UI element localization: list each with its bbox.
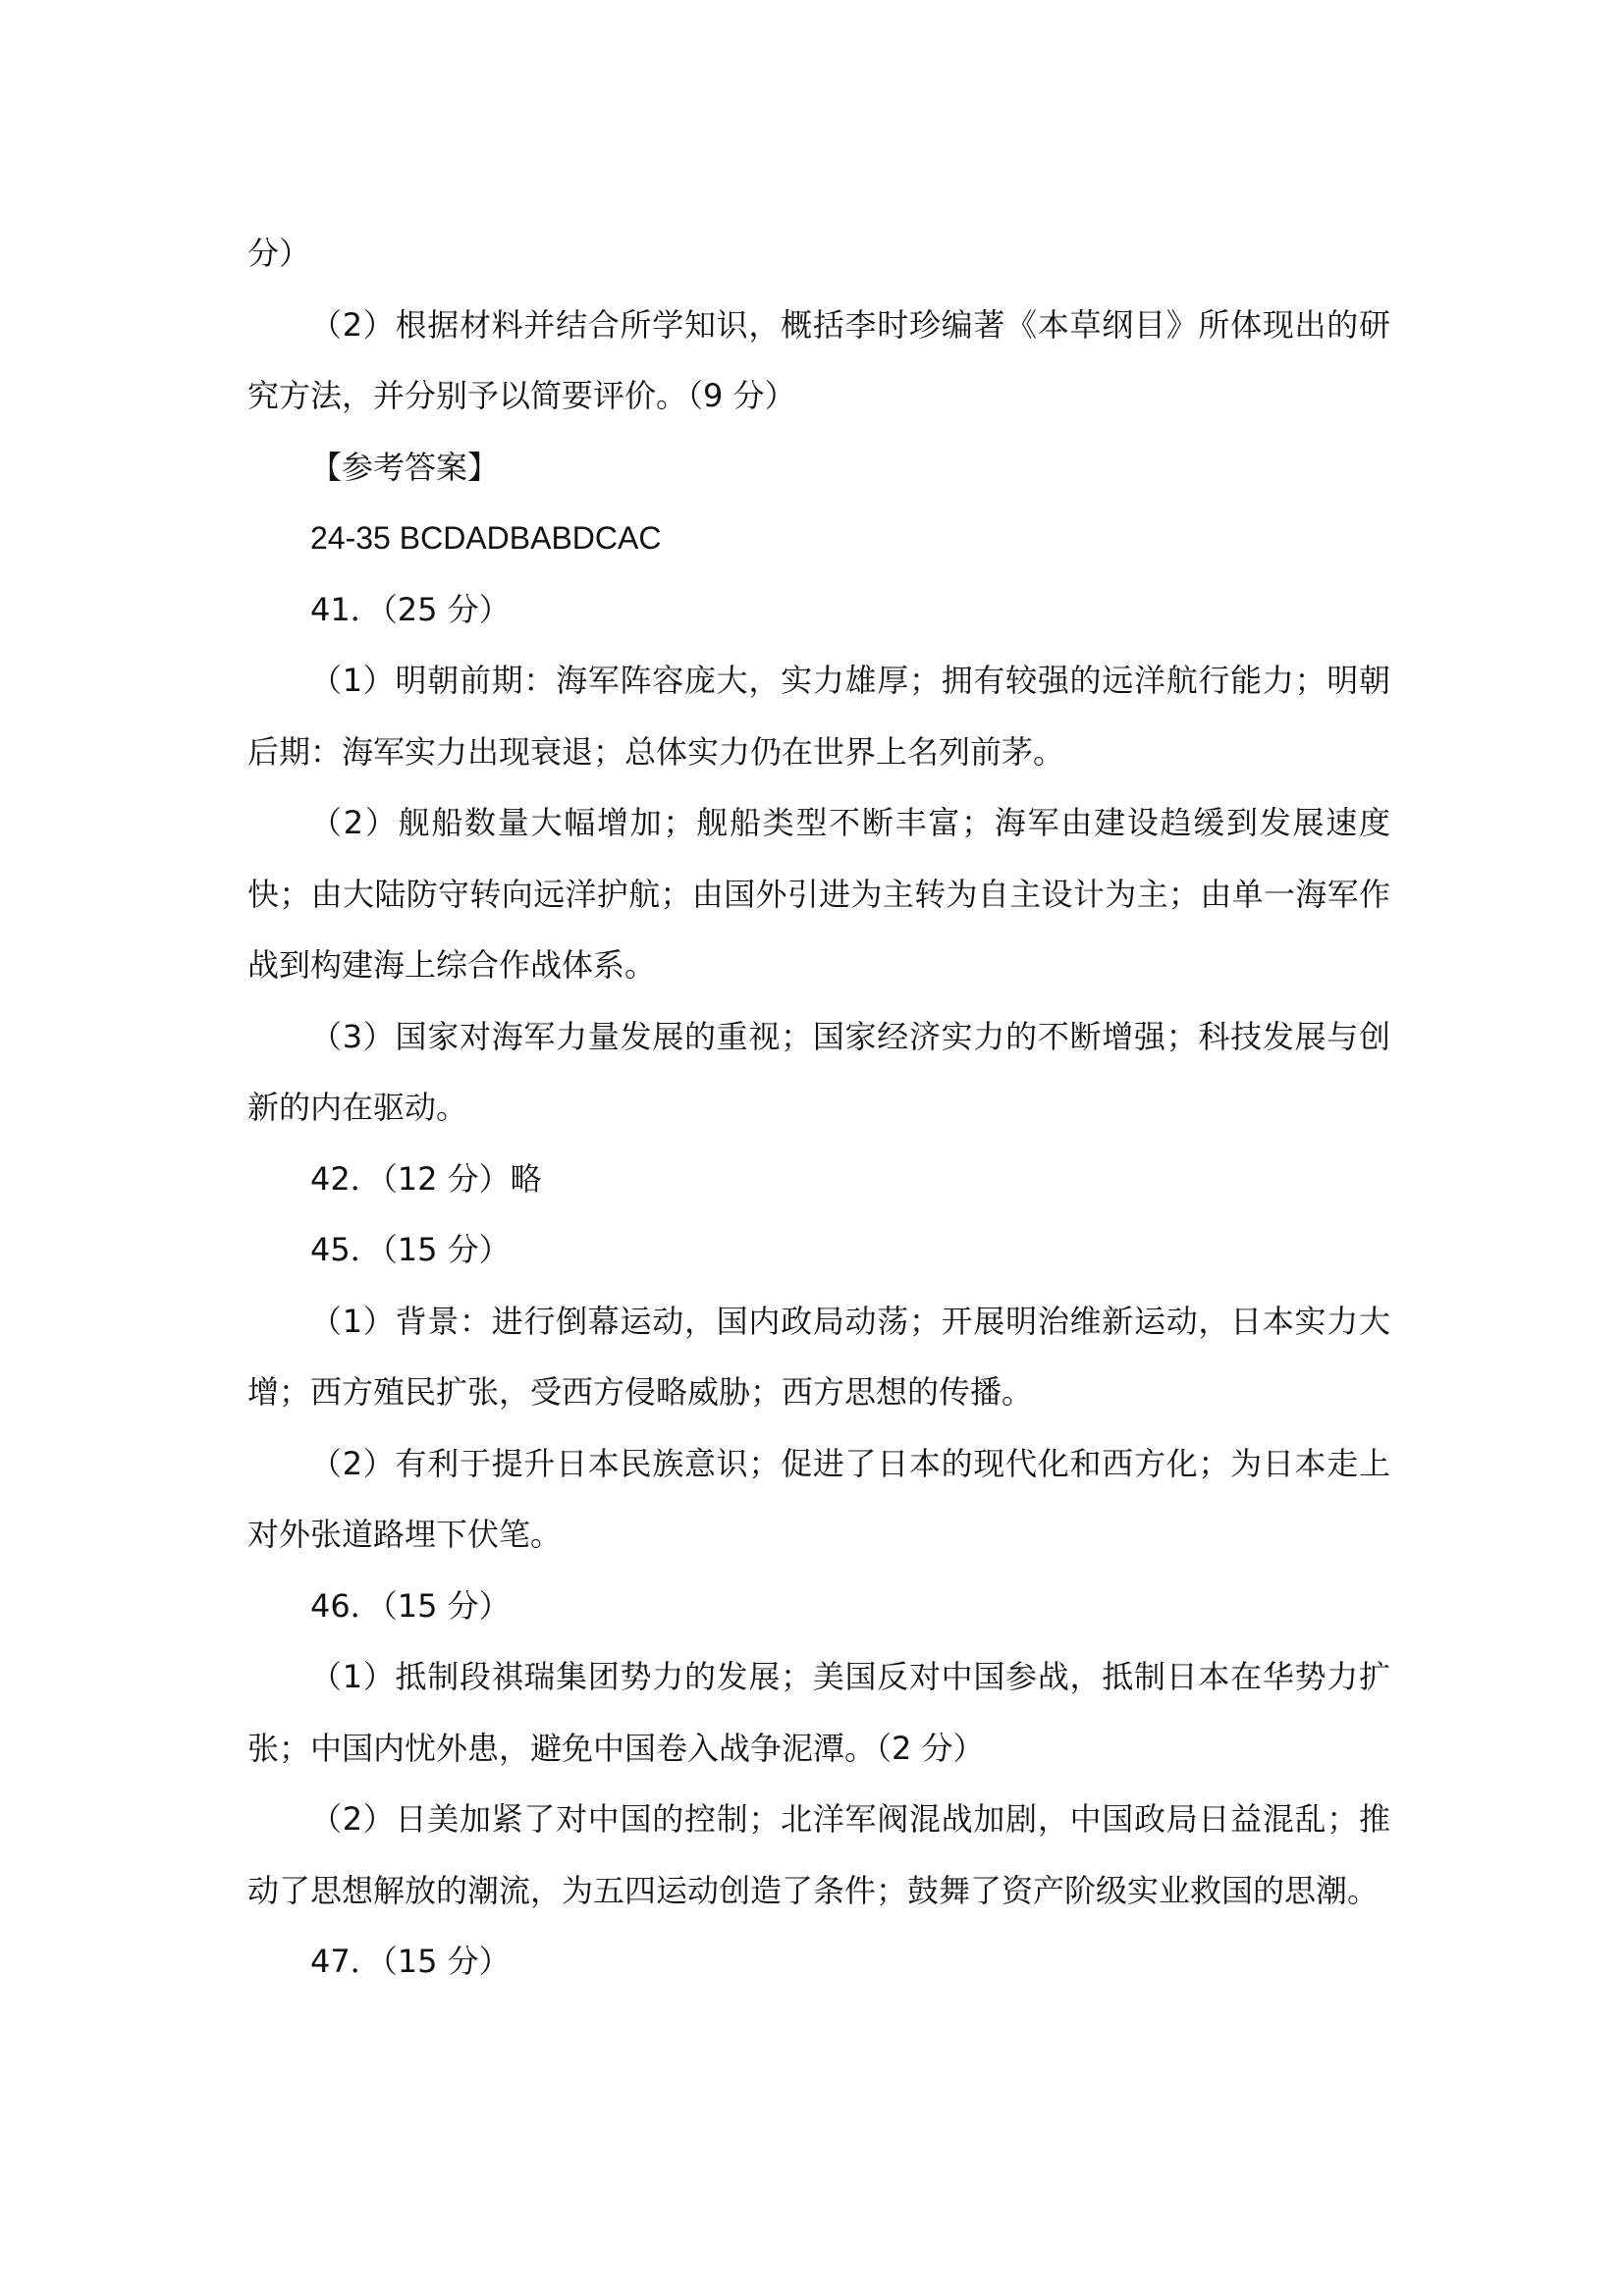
- question-46-part-2: （2）日美加紧了对中国的控制；北洋军阀混战加剧，中国政局日益混乱；推动了思想解放…: [247, 1784, 1390, 1926]
- question-45-part-1: （1）背景：进行倒幕运动，国内政局动荡；开展明治维新运动，日本实力大增；西方殖民…: [247, 1286, 1390, 1428]
- question-41-part-2: （2）舰船数量大幅增加；舰船类型不断丰富；海军由建设趋缓到发展速度快；由大陆防守…: [247, 787, 1390, 1001]
- question-47-heading: 47．（15 分）: [247, 1926, 1390, 1998]
- multiple-choice-answers: 24-35 BCDADBABDCAC: [247, 503, 1390, 574]
- question-part-prompt: （2）根据材料并结合所学知识，概括李时珍编著《本草纲目》所体现出的研究方法，并分…: [247, 290, 1390, 432]
- document-page: 分） （2）根据材料并结合所学知识，概括李时珍编著《本草纲目》所体现出的研究方法…: [247, 218, 1390, 1998]
- question-45-part-2: （2）有利于提升日本民族意识；促进了日本的现代化和西方化；为日本走上对外张道路埋…: [247, 1428, 1390, 1571]
- question-46-heading: 46．（15 分）: [247, 1571, 1390, 1642]
- question-41-part-3: （3）国家对海军力量发展的重视；国家经济实力的不断增强；科技发展与创新的内在驱动…: [247, 1001, 1390, 1144]
- question-41-heading: 41．（25 分）: [247, 574, 1390, 646]
- question-41-part-1: （1）明朝前期：海军阵容庞大，实力雄厚；拥有较强的远洋航行能力；明朝后期：海军实…: [247, 645, 1390, 787]
- continued-fragment: 分）: [247, 218, 1390, 290]
- question-45-heading: 45．（15 分）: [247, 1214, 1390, 1286]
- answer-key-heading: 【参考答案】: [247, 432, 1390, 504]
- question-42-heading: 42．（12 分）略: [247, 1144, 1390, 1215]
- question-46-part-1: （1）抵制段祺瑞集团势力的发展；美国反对中国参战，抵制日本在华势力扩张；中国内忧…: [247, 1641, 1390, 1784]
